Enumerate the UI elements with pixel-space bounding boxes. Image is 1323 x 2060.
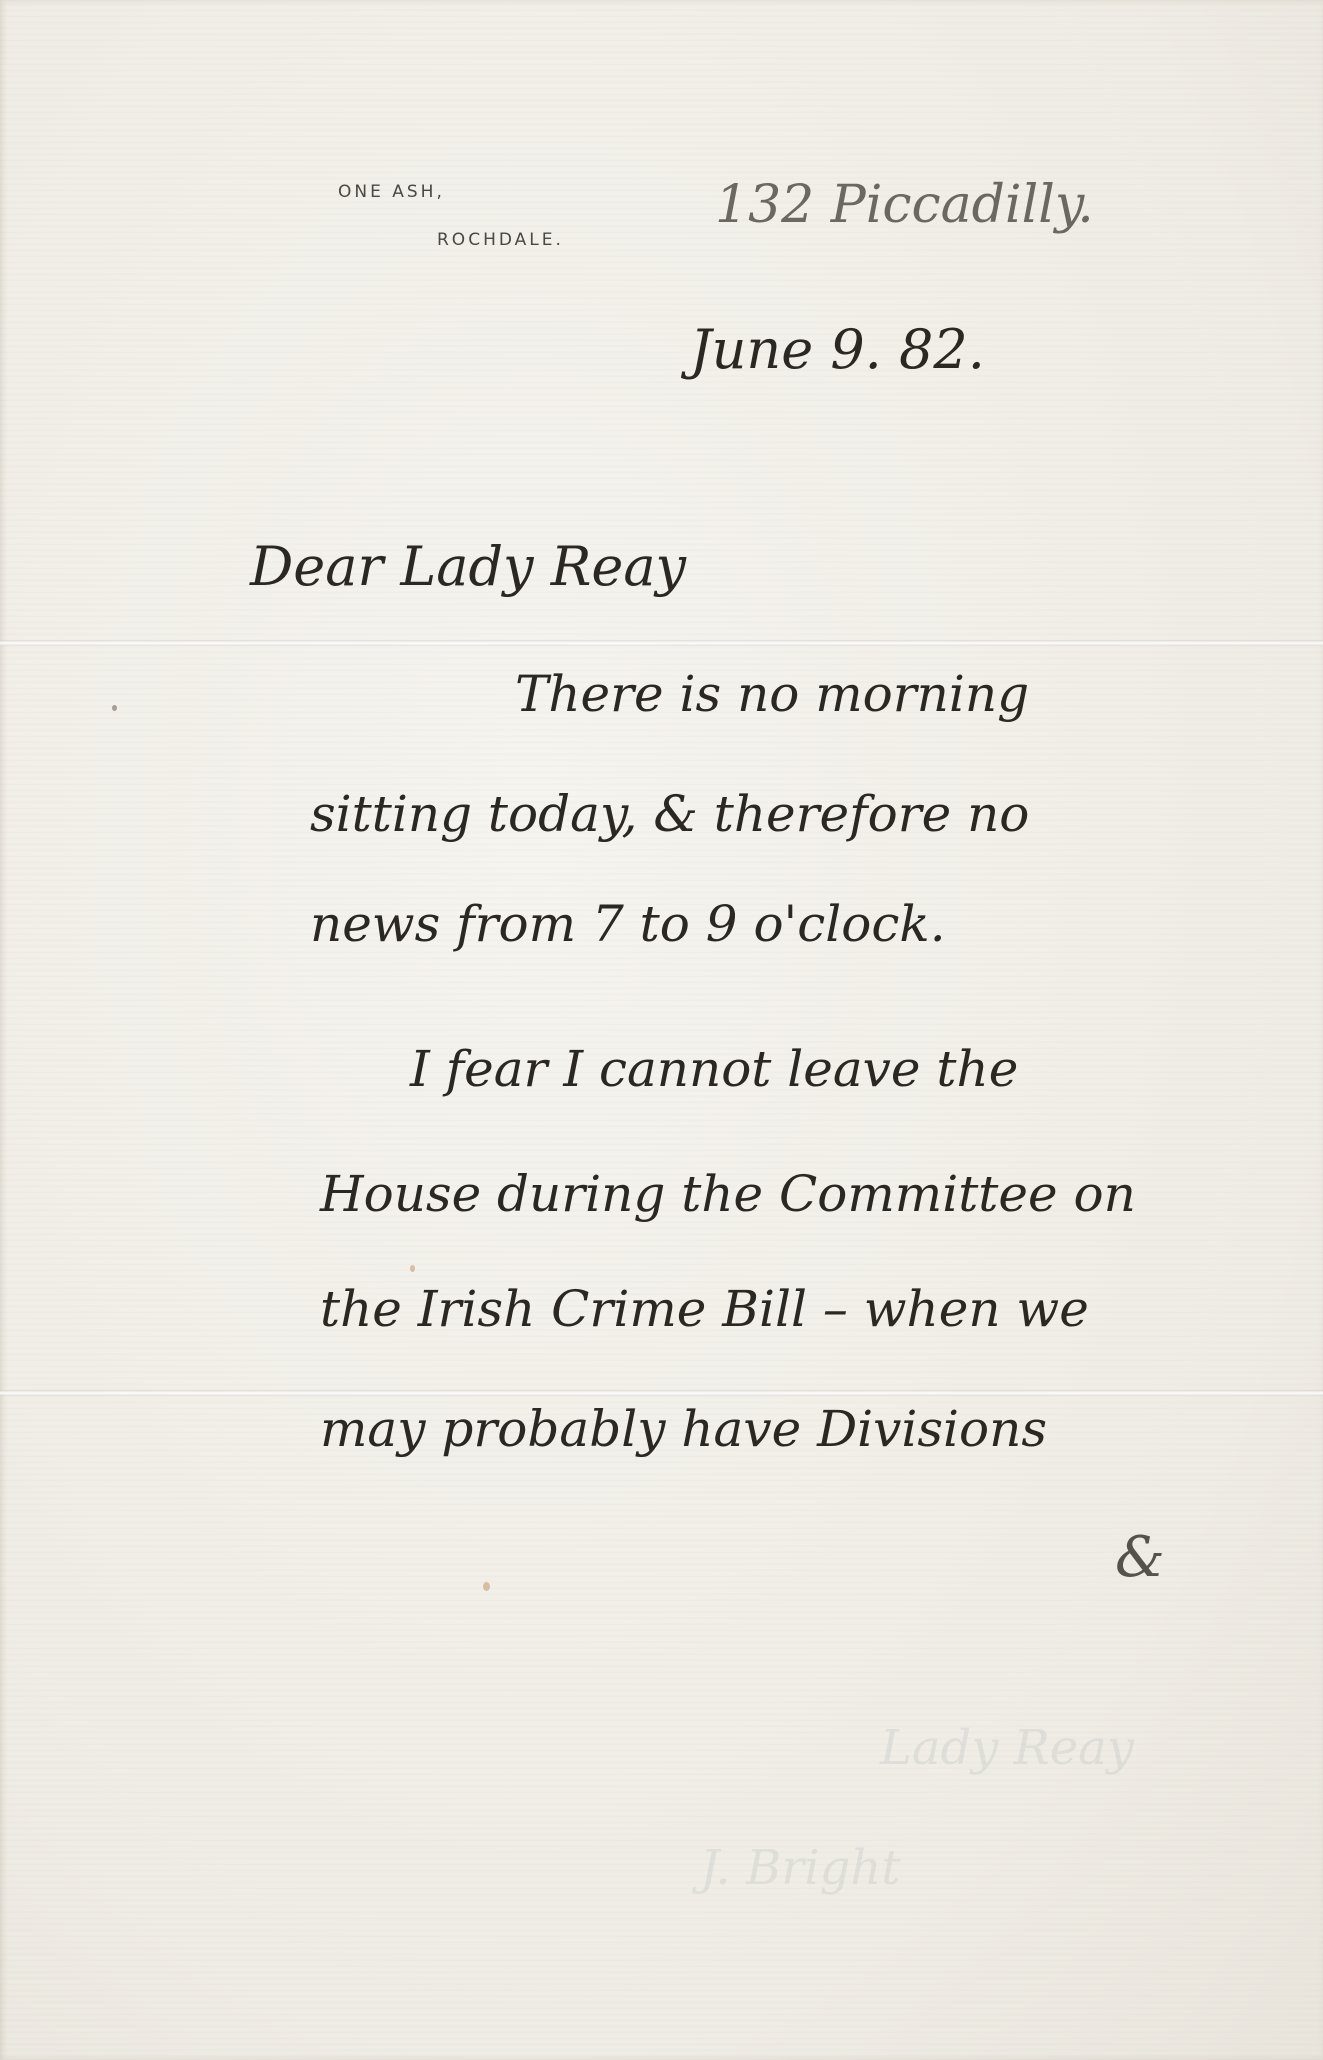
foxing-spot [410, 1265, 415, 1272]
paper-fold-lower [0, 1390, 1323, 1396]
body-line: There is no morning [515, 665, 1029, 723]
handwritten-address: 132 Piccadilly. [715, 175, 1094, 235]
letterhead-line-2: ROCHDALE. [437, 230, 564, 250]
letter-page: ONE ASH, ROCHDALE. 132 Piccadilly. June … [0, 0, 1323, 2060]
show-through-text: J. Bright [700, 1840, 901, 1896]
salutation: Dear Lady Reay [250, 535, 686, 598]
body-line: House during the Committee on [320, 1165, 1136, 1223]
body-line: news from 7 to 9 o'clock. [310, 895, 946, 953]
paper-fold-upper [0, 640, 1323, 646]
letterhead-line-1: ONE ASH, [338, 182, 445, 202]
catchword: & [1115, 1525, 1165, 1590]
body-line: may probably have Divisions [320, 1400, 1047, 1458]
ink-speck [112, 705, 117, 711]
body-line: the Irish Crime Bill – when we [320, 1280, 1089, 1338]
body-line: I fear I cannot leave the [410, 1040, 1018, 1098]
letter-date: June 9. 82. [690, 318, 985, 381]
body-line: sitting today, & therefore no [310, 785, 1029, 843]
show-through-text: Lady Reay [880, 1720, 1134, 1776]
foxing-spot [483, 1582, 490, 1591]
